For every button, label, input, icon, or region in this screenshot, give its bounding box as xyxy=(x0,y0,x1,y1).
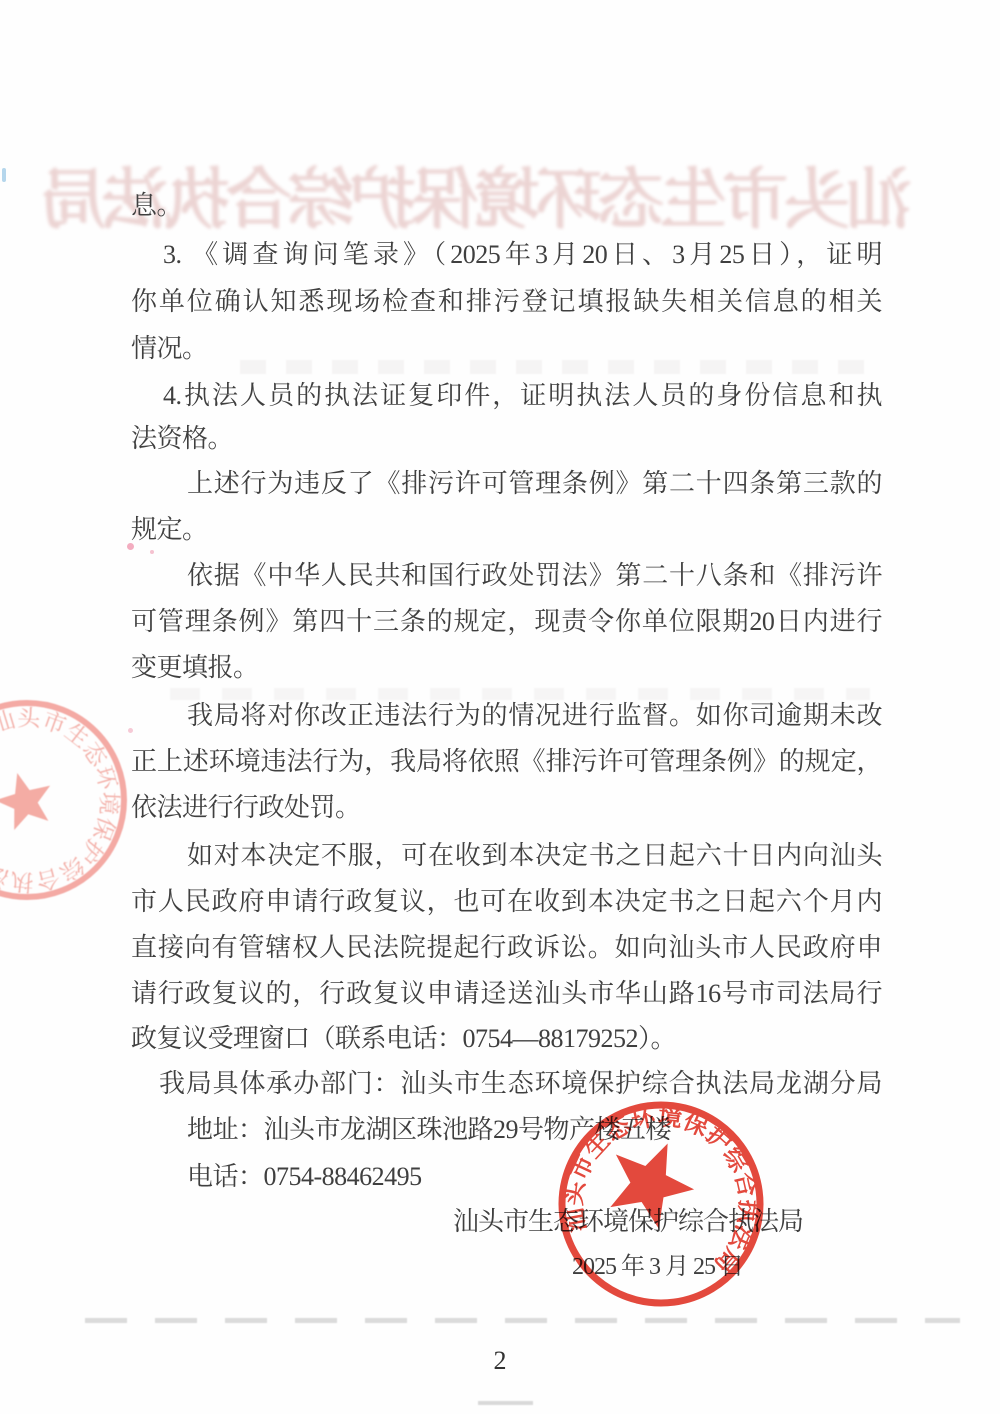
official-seal-stamp: 汕头市生态环境保护综合执法局 xyxy=(551,1094,776,1319)
page-number: 2 xyxy=(0,1346,1000,1376)
document-line: 直接向有管辖权人民法院提起行政诉讼。如向汕头市人民政府申 xyxy=(131,932,882,965)
document-line: 如对本决定不服，可在收到本决定书之日起六十日内向汕头 xyxy=(187,840,882,873)
document-line: 变更填报。 xyxy=(131,652,259,685)
document-line: 政复议受理窗口（联系电话：0754—88179252）。 xyxy=(131,1023,676,1056)
document-line: 上述行为违反了《排污许可管理条例》第二十四条第三款的 xyxy=(187,468,882,501)
document-line: 电话：0754-88462495 xyxy=(187,1161,422,1194)
document-line: 息。 xyxy=(131,190,182,223)
document-line: 我局将对你改正违法行为的情况进行监督。如你司逾期未改 xyxy=(187,700,882,733)
document-line: 规定。 xyxy=(131,514,208,547)
document-line: 正上述环境违法行为，我局将依照《排污许可管理条例》的规定， xyxy=(131,746,882,779)
partial-seal-star-icon xyxy=(0,766,59,833)
document-line: 法资格。 xyxy=(131,423,233,456)
document-line: 可管理条例》第四十三条的规定，现责令你单位限期20日内进行 xyxy=(131,606,882,639)
document-line: 依法进行行政处罚。 xyxy=(131,792,361,825)
document-line: 市人民政府申请行政复议，也可在收到本决定书之日起六个月内 xyxy=(131,886,882,919)
partial-seal-stamp: 汕头市生态环境保护综合执法局 xyxy=(0,692,157,922)
document-line: 3. 《调查询问笔录》（2025年3月20日、3月25日），证明 xyxy=(163,239,882,272)
document-line: 你单位确认知悉现场检查和排污登记填报缺失相关信息的相关 xyxy=(131,286,882,319)
document-line: 情况。 xyxy=(131,333,208,366)
document-line: 请行政复议的，行政复议申请迳送汕头市华山路16号市司法局行 xyxy=(131,978,882,1011)
document-page: 汕头市生态环境保护综合执法局 息。3. 《调查询问笔录》（2025年3月20日、… xyxy=(0,0,1000,1414)
document-line: 依据《中华人民共和国行政处罚法》第二十八条和《排污许 xyxy=(187,560,882,593)
document-line: 4.执法人员的执法证复印件，证明执法人员的身份信息和执 xyxy=(163,380,882,413)
